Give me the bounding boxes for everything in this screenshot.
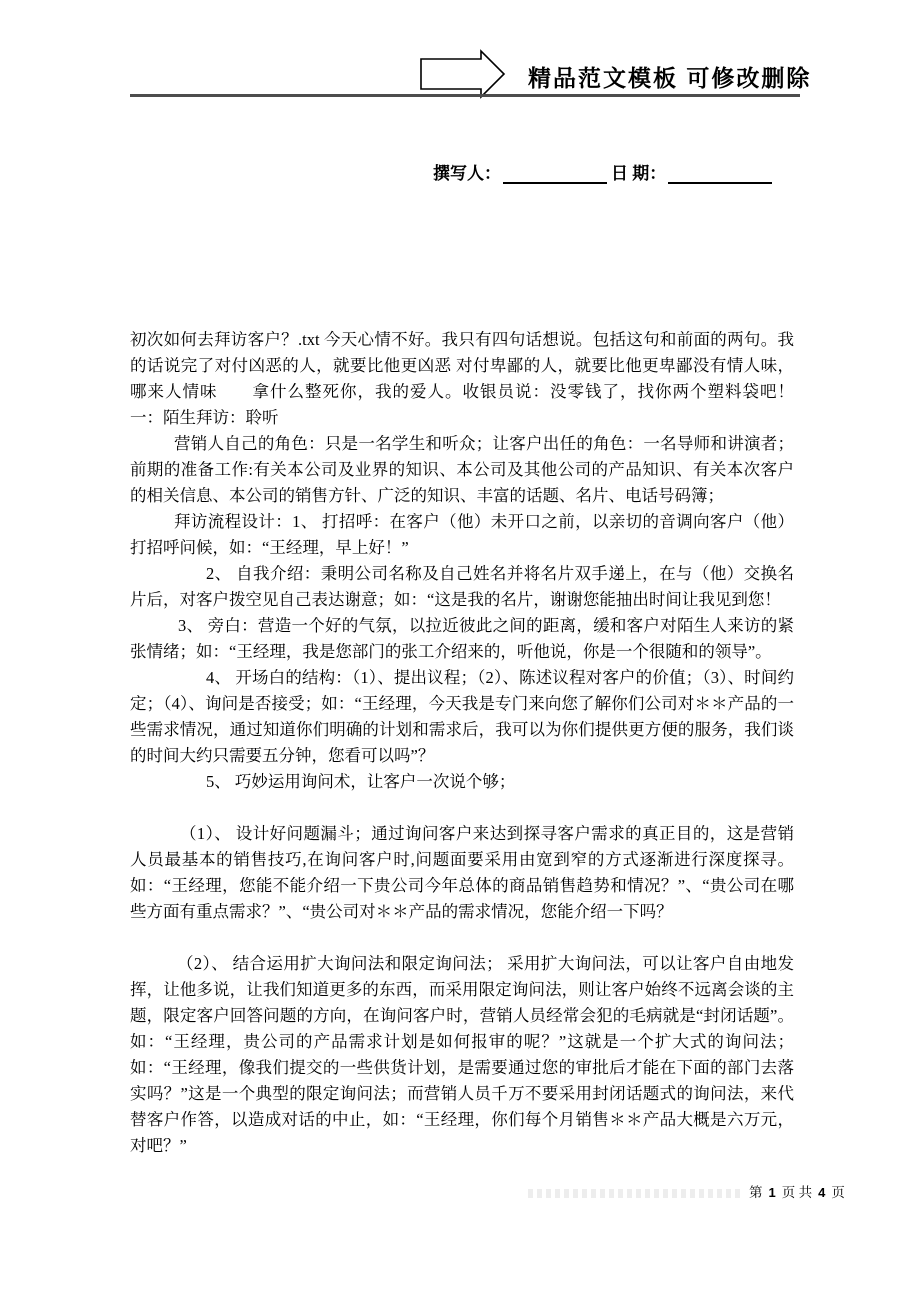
total-pages-number: 4 [818, 1185, 825, 1200]
page-number-footer: 第1页 共4页 [746, 1181, 848, 1201]
current-page-number: 1 [769, 1185, 776, 1200]
author-blank-field[interactable] [503, 165, 607, 184]
right-block-arrow-icon [420, 49, 506, 99]
body-paragraphs: 初次如何去拜访客户？.txt 今天心情不好。我只有四句话想说。包括这句和前面的两… [130, 327, 794, 1159]
date-label: 日 期： [611, 164, 666, 183]
faint-watermark [528, 1189, 742, 1198]
footer-label-middle: 页 共 [782, 1185, 812, 1200]
date-blank-field[interactable] [668, 165, 772, 184]
paragraph: 拜访流程设计：1、 打招呼：在客户（他）未开口之前，以亲切的音调向客户（他）打招… [130, 509, 794, 561]
paragraph: （2）、 结合运用扩大询问法和限定询问法； 采用扩大询问法，可以让客户自由地发挥… [130, 951, 794, 1159]
header-divider [130, 94, 800, 97]
document-page: 精品范文模板 可修改删除 撰写人：日 期： 初次如何去拜访客户？.txt 今天心… [0, 0, 920, 1302]
paragraph: 3、 旁白：营造一个好的气氛，以拉近彼此之间的距离，缓和客户对陌生人来访的紧张情… [130, 613, 794, 665]
footer-label-prefix: 第 [749, 1185, 763, 1200]
paragraph: 2、 自我介绍：秉明公司名称及自己姓名并将名片双手递上，在与（他）交换名片后，对… [130, 561, 794, 613]
paragraph: 初次如何去拜访客户？.txt 今天心情不好。我只有四句话想说。包括这句和前面的两… [130, 327, 794, 431]
byline: 撰写人：日 期： [433, 159, 774, 184]
author-label: 撰写人： [433, 164, 501, 183]
paragraph: 5、 巧妙运用询问术，让客户一次说个够； [130, 769, 794, 795]
paragraph: 4、 开场白的结构：（1）、提出议程；（2）、陈述议程对客户的价值；（3）、时间… [130, 665, 794, 769]
header-watermark-title: 精品范文模板 可修改删除 [528, 60, 811, 93]
paragraph: （1）、 设计好问题漏斗；通过询问客户来达到探寻客户需求的真正目的，这是营销人员… [130, 821, 794, 925]
footer-label-suffix: 页 [831, 1185, 845, 1200]
paragraph: 营销人自己的角色：只是一名学生和听众；让客户出任的角色：一名导师和讲演者；前期的… [130, 431, 794, 509]
